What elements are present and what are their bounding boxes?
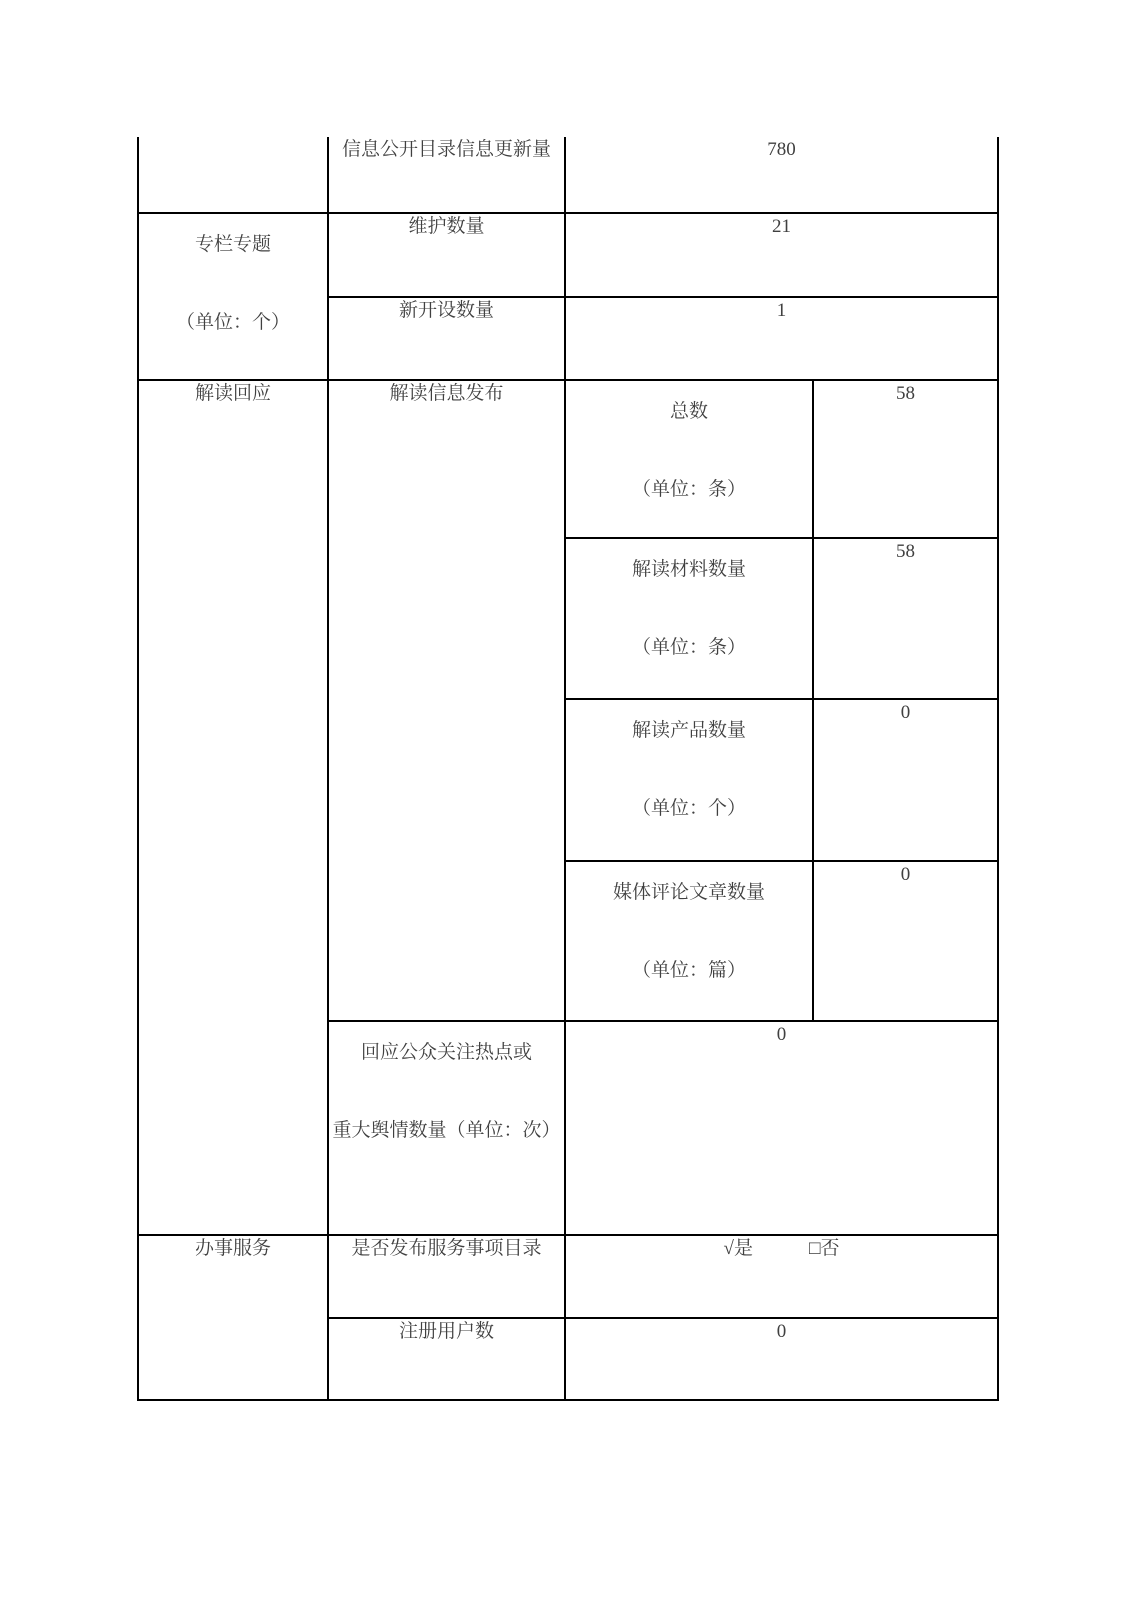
table-row: 信息公开目录信息更新量 780	[138, 137, 998, 213]
item-unit: （单位：条）	[566, 477, 812, 503]
cell-item-label: 注册用户数	[328, 1318, 565, 1400]
cell-item-label: 媒体评论文章数量 （单位：篇）	[565, 861, 813, 1021]
cell-category-empty	[138, 137, 328, 213]
cell-item-label: 是否发布服务事项目录	[328, 1235, 565, 1318]
cell-category-jiedu: 解读回应	[138, 380, 328, 1235]
item-unit: （单位：条）	[566, 635, 812, 661]
cell-value: 0	[813, 861, 998, 1021]
cell-item-label: 信息公开目录信息更新量	[328, 137, 565, 213]
cell-value-yes-no: √是□否	[565, 1235, 998, 1318]
cell-item-label: 解读材料数量 （单位：条）	[565, 538, 813, 699]
yes-option-checked: √是	[724, 1238, 753, 1259]
cell-item-label: 总数 （单位：条）	[565, 380, 813, 538]
item-unit: （单位：篇）	[566, 958, 812, 984]
report-table: 信息公开目录信息更新量 780 专栏专题 （单位：个） 维护数量 21 新开设数…	[137, 137, 999, 1401]
cell-value: 780	[565, 137, 998, 213]
item-line2: 重大舆情数量（单位：次）	[329, 1118, 564, 1144]
cell-category-zhuanlan: 专栏专题 （单位：个）	[138, 213, 328, 380]
table-row: 专栏专题 （单位：个） 维护数量 21	[138, 213, 998, 297]
cell-value: 0	[565, 1318, 998, 1400]
cell-value: 21	[565, 213, 998, 297]
table-row: 解读回应 解读信息发布 总数 （单位：条） 58	[138, 380, 998, 538]
cell-value: 58	[813, 538, 998, 699]
item-unit: （单位：个）	[566, 796, 812, 822]
cell-item-label: 新开设数量	[328, 297, 565, 380]
cell-value: 0	[565, 1021, 998, 1235]
document-page: 信息公开目录信息更新量 780 专栏专题 （单位：个） 维护数量 21 新开设数…	[0, 0, 1131, 1600]
cell-item-label: 维护数量	[328, 213, 565, 297]
category-line1: 专栏专题	[139, 232, 327, 258]
item-name: 解读材料数量	[566, 557, 812, 583]
no-option-unchecked: □否	[809, 1238, 839, 1259]
item-name: 媒体评论文章数量	[566, 880, 812, 906]
item-name: 解读产品数量	[566, 718, 812, 744]
table-row: 办事服务 是否发布服务事项目录 √是□否	[138, 1235, 998, 1318]
cell-item-label: 解读产品数量 （单位：个）	[565, 699, 813, 861]
cell-value: 0	[813, 699, 998, 861]
cell-subcategory-fabu: 解读信息发布	[328, 380, 565, 1021]
cell-item-label-huiying: 回应公众关注热点或 重大舆情数量（单位：次）	[328, 1021, 565, 1235]
cell-value: 58	[813, 380, 998, 538]
cell-category-banshi: 办事服务	[138, 1235, 328, 1400]
item-line1: 回应公众关注热点或	[329, 1040, 564, 1066]
category-line2: （单位：个）	[139, 310, 327, 336]
item-name: 总数	[566, 399, 812, 425]
cell-value: 1	[565, 297, 998, 380]
